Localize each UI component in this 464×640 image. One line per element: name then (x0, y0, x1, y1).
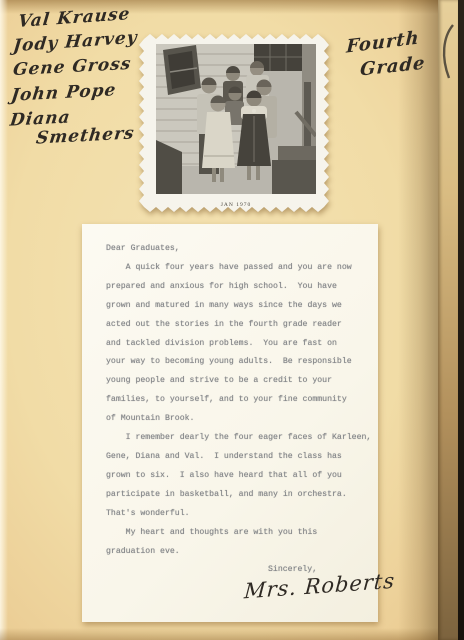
photo-scene (156, 44, 316, 194)
letter-body: Dear Graduates, A quick four years have … (106, 240, 368, 561)
handwritten-signature: Mrs. Roberts (243, 569, 396, 604)
letter-line: of Mountain Brook. (106, 410, 368, 429)
page-left-edge (0, 0, 8, 640)
page-gutter-shadow (398, 0, 438, 640)
handwritten-name-5-last: Smethers (35, 123, 136, 148)
letter-line: young people and strive to be a credit t… (106, 372, 368, 391)
letter-line: families, to yourself, and to your fine … (106, 391, 368, 410)
letter-paper: Dear Graduates, A quick four years have … (82, 224, 378, 622)
photo-date-caption: JAN 1970 (221, 202, 251, 208)
handwritten-name-3: Gene Gross (12, 54, 133, 80)
letter-signoff: Sincerely, (268, 565, 317, 574)
binding-edge (458, 0, 464, 640)
letter-line: prepared and anxious for high school. Yo… (106, 278, 368, 297)
letter-line: Gene, Diana and Val. I understand the cl… (106, 448, 368, 467)
letter-line: graduation eve. (106, 543, 368, 562)
letter-line: and tackled division problems. You are f… (106, 335, 368, 354)
letter-line: participate in basketball, and many in o… (106, 486, 368, 505)
letter-line: I remember dearly the four eager faces o… (106, 429, 368, 448)
page-bottom-edge (0, 628, 464, 640)
letter-line: My heart and thoughts are with you this (106, 524, 368, 543)
scrapbook-page: Val Krause Jody Harvey Gene Gross John P… (0, 0, 464, 640)
adjacent-page-ink-fragment (438, 22, 460, 84)
letter-line: That's wonderful. (106, 505, 368, 524)
handwritten-name-2: Jody Harvey (12, 28, 138, 57)
letter-line: A quick four years have passed and you a… (106, 259, 368, 278)
letter-line: Dear Graduates, (106, 240, 368, 259)
letter-line: grown to six. I also have heard that all… (106, 467, 368, 486)
class-photo: JAN 1970 (137, 31, 331, 217)
letter-line: grown and matured in many ways since the… (106, 297, 368, 316)
letter-line: your way to becoming young adults. Be re… (106, 353, 368, 372)
letter-line: acted out the stories in the fourth grad… (106, 316, 368, 335)
handwritten-name-4: John Pope (10, 80, 118, 106)
adjacent-page-strip (438, 0, 458, 640)
